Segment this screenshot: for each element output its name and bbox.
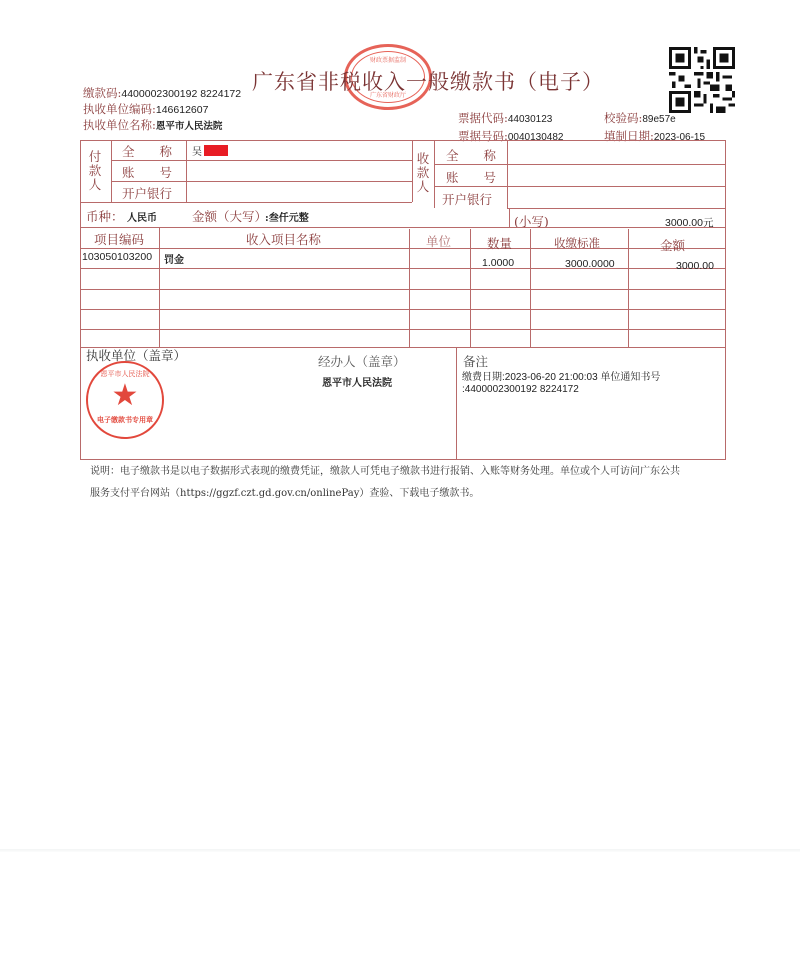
payment-code: 缴款码:4400002300192 8224172	[83, 86, 241, 102]
divider	[434, 186, 726, 187]
column-header: 收入项目名称	[246, 230, 321, 248]
amount-upper-value: :叁仟元整	[265, 209, 309, 224]
payer-group-label: 付款人	[88, 150, 102, 192]
column-header: 金额	[660, 236, 685, 254]
collector-unit-code: 执收单位编码:146612607	[83, 102, 241, 118]
payee-account-label: 账 号	[446, 168, 496, 186]
collector-unit-name: 执收单位名称:恩平市人民法院	[83, 118, 241, 134]
payee-group-label: 收款人	[416, 152, 430, 194]
divider	[507, 140, 508, 208]
form-frame	[80, 140, 726, 460]
amount-upper-label: 金额（大写）	[192, 207, 267, 225]
notes-line-2: 服务支付平台网站（https://ggzf.czt.gd.gov.cn/onli…	[90, 483, 710, 505]
item-code: 103050103200	[82, 251, 152, 263]
divider	[186, 140, 187, 202]
handler-value: 恩平市人民法院	[322, 374, 392, 389]
payer-name-value: 吴	[192, 143, 228, 158]
notes: 说明：电子缴款书是以电子数据形式表现的缴费凭证，缴款人可凭电子缴款书进行报销、入…	[90, 461, 710, 505]
remarks-text: 缴费日期:2023-06-20 21:00:03 单位通知书号 :4400002…	[462, 372, 712, 396]
currency-label: 币种：	[86, 207, 124, 225]
column-header: 数量	[487, 234, 512, 252]
divider	[412, 140, 413, 202]
divider	[434, 140, 435, 208]
divider	[434, 164, 726, 165]
divider	[80, 202, 412, 203]
divider	[80, 227, 726, 228]
bill-code: 票据代码:44030123	[458, 110, 564, 128]
star-icon: ★	[88, 381, 162, 411]
qr-code-icon	[669, 47, 735, 113]
page-edge	[0, 849, 800, 852]
payer-account-label: 账 号	[122, 163, 172, 181]
collector-seal-icon: 恩平市人民法院 ★ 电子缴款书专用章	[86, 361, 164, 439]
divider	[111, 181, 412, 182]
divider	[111, 160, 412, 161]
notes-line-1: 说明：电子缴款书是以电子数据形式表现的缴费凭证，缴款人可凭电子缴款书进行报销、入…	[90, 461, 710, 483]
remarks-label: 备注	[463, 352, 488, 370]
column-header: 收缴标准	[554, 235, 600, 251]
handler-seal-label: 经办人（盖章）	[318, 352, 406, 370]
column-header: 项目编码	[94, 230, 144, 248]
item-amount: 3000.00	[676, 260, 714, 272]
payer-name-label: 全 称	[122, 142, 172, 160]
divider	[507, 208, 726, 209]
payer-bank-label: 开户银行	[122, 184, 172, 202]
item-quantity: 1.0000	[482, 257, 514, 269]
divider	[111, 140, 112, 202]
payment-document: 财政票据监制 广东省财政厅 广东省非税收入一般缴款书（电子） 缴款码:44000…	[0, 0, 800, 850]
payee-name-label: 全 称	[446, 146, 496, 164]
item-standard: 3000.0000	[565, 258, 615, 270]
divider	[509, 208, 510, 227]
currency-value: 人民币	[127, 209, 157, 224]
item-name: 罚金	[164, 251, 184, 266]
collector-seal-label: 执收单位（盖章）	[86, 346, 186, 364]
document-title: 广东省非税收入一般缴款书（电子）	[252, 66, 604, 96]
header-left-info: 缴款码:4400002300192 8224172 执收单位编码:1466126…	[83, 86, 241, 134]
redaction-block	[204, 145, 228, 156]
check-code: 校验码:89e57e	[604, 110, 705, 128]
column-header: 单位	[426, 232, 451, 250]
divider	[456, 347, 457, 460]
payee-bank-label: 开户银行	[442, 190, 492, 208]
